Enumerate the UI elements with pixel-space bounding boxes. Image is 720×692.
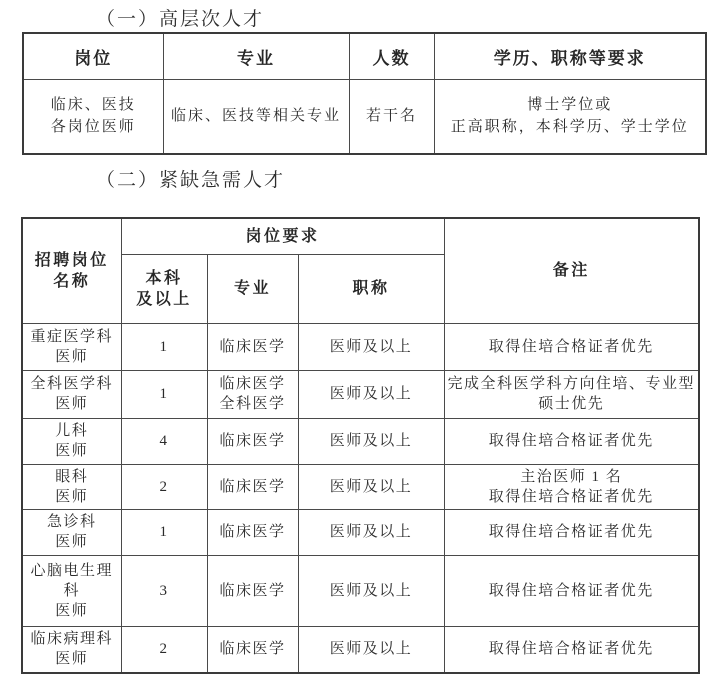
- cell-major: 临床医学: [207, 323, 298, 370]
- cell-major: 临床医学: [207, 464, 298, 509]
- table1-header-position: 岗位: [23, 33, 163, 79]
- table1-cell-major: 临床、医技等相关专业: [163, 79, 349, 154]
- cell-major: 临床医学: [207, 418, 298, 464]
- table2-header-row-1: 招聘岗位 名称 岗位要求 备注: [22, 218, 699, 254]
- cell-title: 医师及以上: [298, 509, 444, 555]
- cell-count: 1: [121, 323, 207, 370]
- cell-position: 儿科 医师: [22, 418, 121, 464]
- cell-position: 全科医学科 医师: [22, 370, 121, 418]
- cell-title: 医师及以上: [298, 323, 444, 370]
- table1-cell-count: 若干名: [349, 79, 434, 154]
- cell-count: 2: [121, 626, 207, 673]
- table2-header-title: 职称: [298, 254, 444, 323]
- cell-major: 临床医学: [207, 555, 298, 626]
- cell-position: 临床病理科 医师: [22, 626, 121, 673]
- cell-remark: 取得住培合格证者优先: [444, 626, 699, 673]
- table2-header-position: 招聘岗位 名称: [22, 218, 121, 323]
- table-row: 心脑电生理 科 医师 3 临床医学 医师及以上 取得住培合格证者优先: [22, 555, 699, 626]
- high-level-talent-table: 岗位 专业 人数 学历、职称等要求 临床、医技 各岗位医师 临床、医技等相关专业…: [22, 32, 707, 155]
- table2-header-remark: 备注: [444, 218, 699, 323]
- cell-title: 医师及以上: [298, 370, 444, 418]
- table1-cell-position: 临床、医技 各岗位医师: [23, 79, 163, 154]
- cell-remark: 主治医师 1 名 取得住培合格证者优先: [444, 464, 699, 509]
- table1-header-row: 岗位 专业 人数 学历、职称等要求: [23, 33, 706, 79]
- table2-header-degree: 本科 及以上: [121, 254, 207, 323]
- table-row: 儿科 医师 4 临床医学 医师及以上 取得住培合格证者优先: [22, 418, 699, 464]
- table-row: 急诊科 医师 1 临床医学 医师及以上 取得住培合格证者优先: [22, 509, 699, 555]
- document-page: （一）高层次人才 岗位 专业 人数 学历、职称等要求 临床、医技 各岗位医师 临…: [0, 0, 720, 692]
- table-row: 临床病理科 医师 2 临床医学 医师及以上 取得住培合格证者优先: [22, 626, 699, 673]
- section2-heading: （二）紧缺急需人才: [96, 165, 285, 192]
- cell-count: 2: [121, 464, 207, 509]
- cell-major: 临床医学 全科医学: [207, 370, 298, 418]
- urgent-talent-table: 招聘岗位 名称 岗位要求 备注 本科 及以上 专业 职称 重症医学科 医师 1 …: [21, 217, 700, 674]
- cell-title: 医师及以上: [298, 464, 444, 509]
- table-row: 重症医学科 医师 1 临床医学 医师及以上 取得住培合格证者优先: [22, 323, 699, 370]
- cell-position: 心脑电生理 科 医师: [22, 555, 121, 626]
- table-row: 眼科 医师 2 临床医学 医师及以上 主治医师 1 名 取得住培合格证者优先: [22, 464, 699, 509]
- cell-count: 1: [121, 370, 207, 418]
- cell-major: 临床医学: [207, 626, 298, 673]
- cell-remark: 取得住培合格证者优先: [444, 555, 699, 626]
- cell-count: 3: [121, 555, 207, 626]
- cell-title: 医师及以上: [298, 555, 444, 626]
- table1-cell-requirement: 博士学位或 正高职称，本科学历、学士学位: [434, 79, 706, 154]
- cell-title: 医师及以上: [298, 626, 444, 673]
- cell-remark: 取得住培合格证者优先: [444, 418, 699, 464]
- cell-count: 4: [121, 418, 207, 464]
- cell-position: 眼科 医师: [22, 464, 121, 509]
- table1-header-count: 人数: [349, 33, 434, 79]
- cell-remark: 取得住培合格证者优先: [444, 509, 699, 555]
- cell-count: 1: [121, 509, 207, 555]
- cell-title: 医师及以上: [298, 418, 444, 464]
- cell-position: 重症医学科 医师: [22, 323, 121, 370]
- table1-header-requirement: 学历、职称等要求: [434, 33, 706, 79]
- table-row: 全科医学科 医师 1 临床医学 全科医学 医师及以上 完成全科医学科方向住培、专…: [22, 370, 699, 418]
- table1-header-major: 专业: [163, 33, 349, 79]
- table1-row: 临床、医技 各岗位医师 临床、医技等相关专业 若干名 博士学位或 正高职称，本科…: [23, 79, 706, 154]
- section1-heading: （一）高层次人才: [96, 4, 264, 31]
- cell-position: 急诊科 医师: [22, 509, 121, 555]
- cell-remark: 完成全科医学科方向住培、专业型 硕士优先: [444, 370, 699, 418]
- table2-header-group: 岗位要求: [121, 218, 444, 254]
- cell-remark: 取得住培合格证者优先: [444, 323, 699, 370]
- cell-major: 临床医学: [207, 509, 298, 555]
- table2-header-major: 专业: [207, 254, 298, 323]
